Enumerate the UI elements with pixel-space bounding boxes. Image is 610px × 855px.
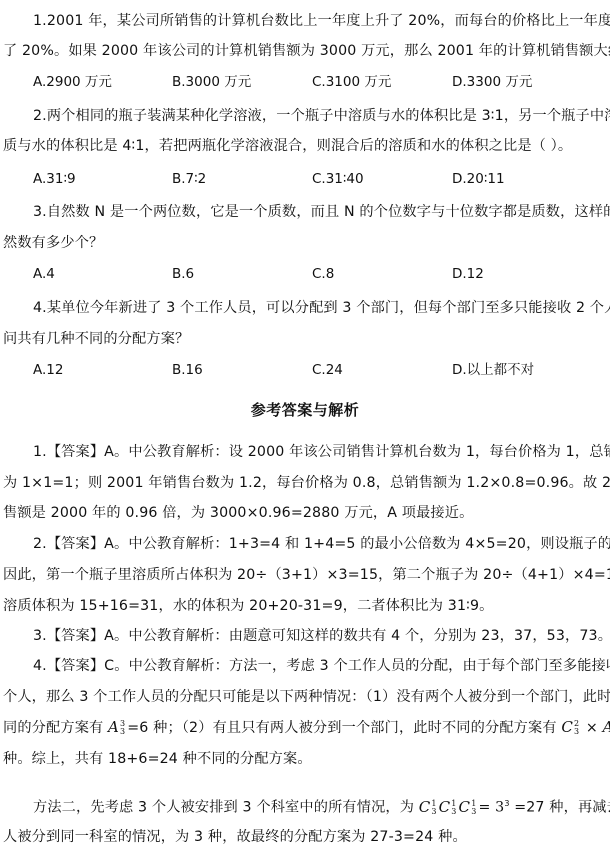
question-2-option-c: C.31∶40 [312,170,364,188]
method-2-post: =27 种，再减去三个 [510,800,610,816]
answer-4-line-1: 4.【答案】C。中公教育解析：方法一，考虑 3 个工作人员的分配，由于每个部门至… [33,657,610,675]
question-4-option-b: B.16 [172,361,203,379]
answer-1-line-3: 售额是 2000 年的 0.96 倍，为 3000×0.96=2880 万元，A… [3,504,473,522]
math-symbol: A [108,718,119,736]
answer-4-line-3-mid: =6 种；（2）有且只有两人被分到一个部门，此时不同的分配方案有 [127,720,561,736]
question-2-line-1: 2.两个相同的瓶子装满某种化学溶液，一个瓶子中溶质与水的体积比是 3∶1，另一个… [33,107,610,125]
math-sub: 3 [120,728,125,736]
math-sub: 3 [471,808,476,816]
question-1-option-d: D.3300 万元 [452,73,532,91]
method-2-pre: 方法二，先考虑 3 个人被安排到 3 个科室中的所有情况，为 [33,800,419,816]
question-2-option-d: D.20∶11 [452,170,505,188]
question-1-option-c: C.3100 万元 [312,73,391,91]
math-sub: 3 [451,808,456,816]
math-symbol: C [459,798,471,816]
math-a32: A [603,718,610,736]
question-1-line-2: 了 20%。如果 2000 年该公司的计算机销售额为 3000 万元，那么 20… [3,42,610,60]
answer-4-line-2: 个人，那么 3 个工作人员的分配只可能是以下两种情况：（1）没有两个人被分到一个… [3,688,610,706]
question-4-line-2: 问共有几种不同的分配方案？ [3,330,189,348]
math-c31-c: C [459,798,471,816]
method-2-line-2: 人被分到同一科室的情况，为 3 种，故最终的分配方案为 27-3=24 种。 [3,828,467,846]
math-c31-b-indices: 13 [451,800,456,816]
math-c32: C [561,718,573,736]
answer-4-line-4: 种。综上，共有 18+6=24 种不同的分配方案。 [3,750,312,768]
math-c31-b: C [439,798,451,816]
answer-4-line-3-pre: 同的分配方案有 [3,720,108,736]
math-symbol: C [561,718,573,736]
math-a33-indices: 33 [120,720,125,736]
answer-3-line-1: 3.【答案】A。中公教育解析：由题意可知这样的数共有 4 个，分别为 23，37… [33,627,610,645]
answer-2-line-2: 因此，第一个瓶子里溶质所占体积为 20÷（3+1）×3=15，第二个瓶子为 20… [3,566,610,584]
math-c31-c-indices: 13 [471,800,476,816]
times-sign: × [581,720,602,736]
math-a33: A [108,718,119,736]
question-3-option-d: D.12 [452,265,484,283]
question-1-option-b: B.3000 万元 [172,73,251,91]
question-4-line-1: 4.某单位今年新进了 3 个工作人员，可以分配到 3 个部门，但每个部门至多只能… [33,299,610,317]
question-3-option-b: B.6 [172,265,194,283]
question-3-option-c: C.8 [312,265,334,283]
method-2-line-1: 方法二，先考虑 3 个人被安排到 3 个科室中的所有情况，为 C13C13C13… [33,795,610,817]
question-1-line-1: 1.2001 年，某公司所销售的计算机台数比上一年度上升了 20%，而每台的价格… [33,12,610,30]
math-symbol: C [419,798,431,816]
answer-1-line-1: 1.【答案】A。中公教育解析：设 2000 年该公司销售计算机台数为 1，每台价… [33,443,610,461]
method-2-eq: = 3 [478,800,504,816]
math-sub: 3 [431,808,436,816]
question-2-option-b: B.7∶2 [172,170,206,188]
question-4-option-c: C.24 [312,361,343,379]
math-symbol: C [439,798,451,816]
question-4-option-d: D.以上都不对 [452,361,534,379]
question-3-line-1: 3.自然数 N 是一个两位数，它是一个质数，而且 N 的个位数字与十位数字都是质… [33,203,610,221]
math-sub: 3 [574,728,579,736]
answer-2-line-1: 2.【答案】A。中公教育解析：1+3=4 和 1+4=5 的最小公倍数为 4×5… [33,535,610,553]
answer-1-line-2: 为 1×1=1；则 2001 年销售台数为 1.2，每台价格为 0.8，总销售额… [3,474,610,492]
question-2-option-a: A.31∶9 [33,170,76,188]
question-3-line-2: 然数有多少个？ [3,234,103,252]
math-symbol: A [603,718,610,736]
question-4-option-a: A.12 [33,361,63,379]
math-c32-indices: 23 [574,720,579,736]
math-c31-a: C [419,798,431,816]
question-3-option-a: A.4 [33,265,55,283]
math-c31-a-indices: 13 [431,800,436,816]
question-2-line-2: 质与水的体积比是 4∶1，若把两瓶化学溶液混合，则混合后的溶质和水的体积之比是（… [3,137,572,155]
question-1-option-a: A.2900 万元 [33,73,112,91]
answer-4-line-3: 同的分配方案有 A33=6 种；（2）有且只有两人被分到一个部门，此时不同的分配… [3,718,610,737]
answers-section-title: 参考答案与解析 [0,401,610,419]
answer-2-line-3: 溶质体积为 15+16=31，水的体积为 20+20-31=9，二者体积比为 3… [3,597,493,615]
